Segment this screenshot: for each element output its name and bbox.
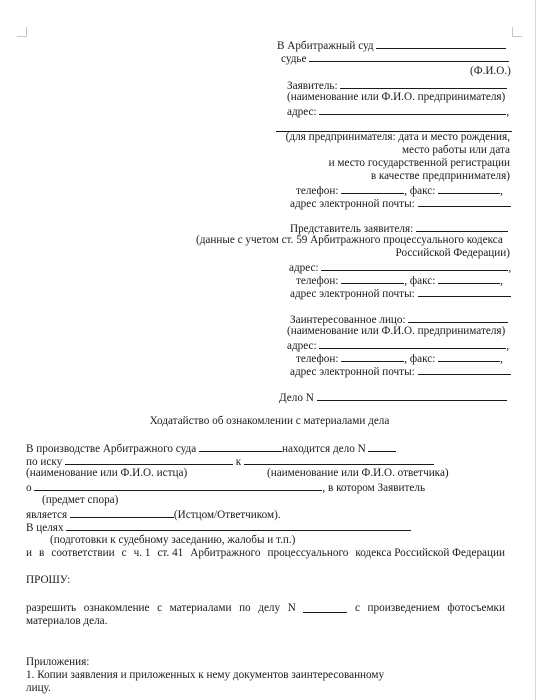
- request-line-1: разрешить ознакомление с материалами по …: [26, 602, 505, 615]
- representative-field[interactable]: [416, 221, 508, 232]
- applicant-address-line: адрес: ,: [287, 104, 509, 119]
- entrepreneur-hint-4: в качестве предпринимателя): [371, 170, 510, 183]
- representative-fax-field[interactable]: [438, 273, 500, 284]
- entrepreneur-hint-1: (для предпринимателя: дата и место рожде…: [286, 131, 510, 144]
- margin-mark-top-right: [512, 27, 513, 37]
- interested-email-line: адрес электронной почты:: [290, 364, 511, 379]
- applicant-field[interactable]: [340, 78, 507, 89]
- document-title: Ходатайство об ознакомлении с материалам…: [0, 415, 539, 428]
- applicant-email-field[interactable]: [418, 196, 511, 207]
- entrepreneur-hint-2: место работы или дата: [402, 144, 510, 157]
- court-name-field[interactable]: [199, 441, 282, 452]
- interested-hint: (наименование или Ф.И.О. предпринимателя…: [287, 325, 505, 338]
- request-case-no-field[interactable]: [303, 602, 347, 613]
- interested-fax-field[interactable]: [438, 351, 500, 362]
- purpose-field[interactable]: [66, 520, 411, 531]
- interested-email-field[interactable]: [418, 364, 511, 375]
- body-line-purpose: В целях: [26, 520, 411, 535]
- case-number-field[interactable]: [317, 390, 507, 401]
- interested-field[interactable]: [408, 312, 508, 323]
- request-heading: ПРОШУ:: [26, 574, 70, 587]
- representative-hint-1: (данные с учетом ст. 59 Арбитражного про…: [196, 234, 503, 247]
- request-line-2: материалов дела.: [26, 615, 107, 628]
- representative-email-line: адрес электронной почты:: [290, 286, 511, 301]
- purpose-hint: (подготовки к судебному заседанию, жалоб…: [50, 534, 295, 547]
- judge-field[interactable]: [309, 51, 509, 62]
- court-field[interactable]: [376, 38, 506, 49]
- plaintiff-field[interactable]: [65, 454, 233, 465]
- defendant-hint: (наименование или Ф.И.О. ответчика): [267, 467, 449, 480]
- body-line-legal-basis: и в соответствии с ч. 1 ст. 41 Арбитражн…: [26, 547, 505, 560]
- applicant-hint: (наименование или Ф.И.О. предпринимателя…: [287, 91, 505, 104]
- applicant-address-field[interactable]: [319, 104, 506, 115]
- defendant-field[interactable]: [244, 454, 434, 465]
- case-no-field[interactable]: [368, 441, 396, 452]
- applicant-fax-field[interactable]: [438, 183, 500, 194]
- attachment-item-1: 1. Копии заявления и приложенных к нему …: [26, 669, 384, 682]
- applicant-phone-field[interactable]: [341, 183, 404, 194]
- attachment-item-1-cont: лицу.: [26, 682, 51, 695]
- page-edge: [535, 0, 536, 700]
- margin-mark-top-right: [513, 36, 522, 37]
- representative-hint-2: Российской Федерации): [396, 247, 511, 260]
- subject-field[interactable]: [34, 480, 322, 491]
- margin-mark-top-left: [26, 27, 27, 37]
- entrepreneur-hint-3: и место государственной регистрации: [329, 157, 510, 170]
- representative-address-field[interactable]: [321, 260, 508, 271]
- margin-mark-top-left: [17, 36, 26, 37]
- judge-line: судье: [281, 51, 509, 66]
- applicant-email-line: адрес электронной почты:: [290, 196, 511, 211]
- plaintiff-hint: (наименование или Ф.И.О. истца): [26, 467, 187, 480]
- representative-email-field[interactable]: [418, 286, 511, 297]
- interested-address-field[interactable]: [319, 338, 506, 349]
- attachments-heading: Приложения:: [26, 656, 89, 669]
- case-number-line: Дело N: [279, 390, 507, 405]
- role-field[interactable]: [70, 507, 174, 518]
- interested-phone-field[interactable]: [341, 351, 404, 362]
- representative-phone-field[interactable]: [341, 273, 404, 284]
- body-line-subject: о , в котором Заявитель: [26, 480, 425, 495]
- fio-hint: (Ф.И.О.): [470, 65, 511, 78]
- subject-hint: (предмет спора): [42, 494, 118, 507]
